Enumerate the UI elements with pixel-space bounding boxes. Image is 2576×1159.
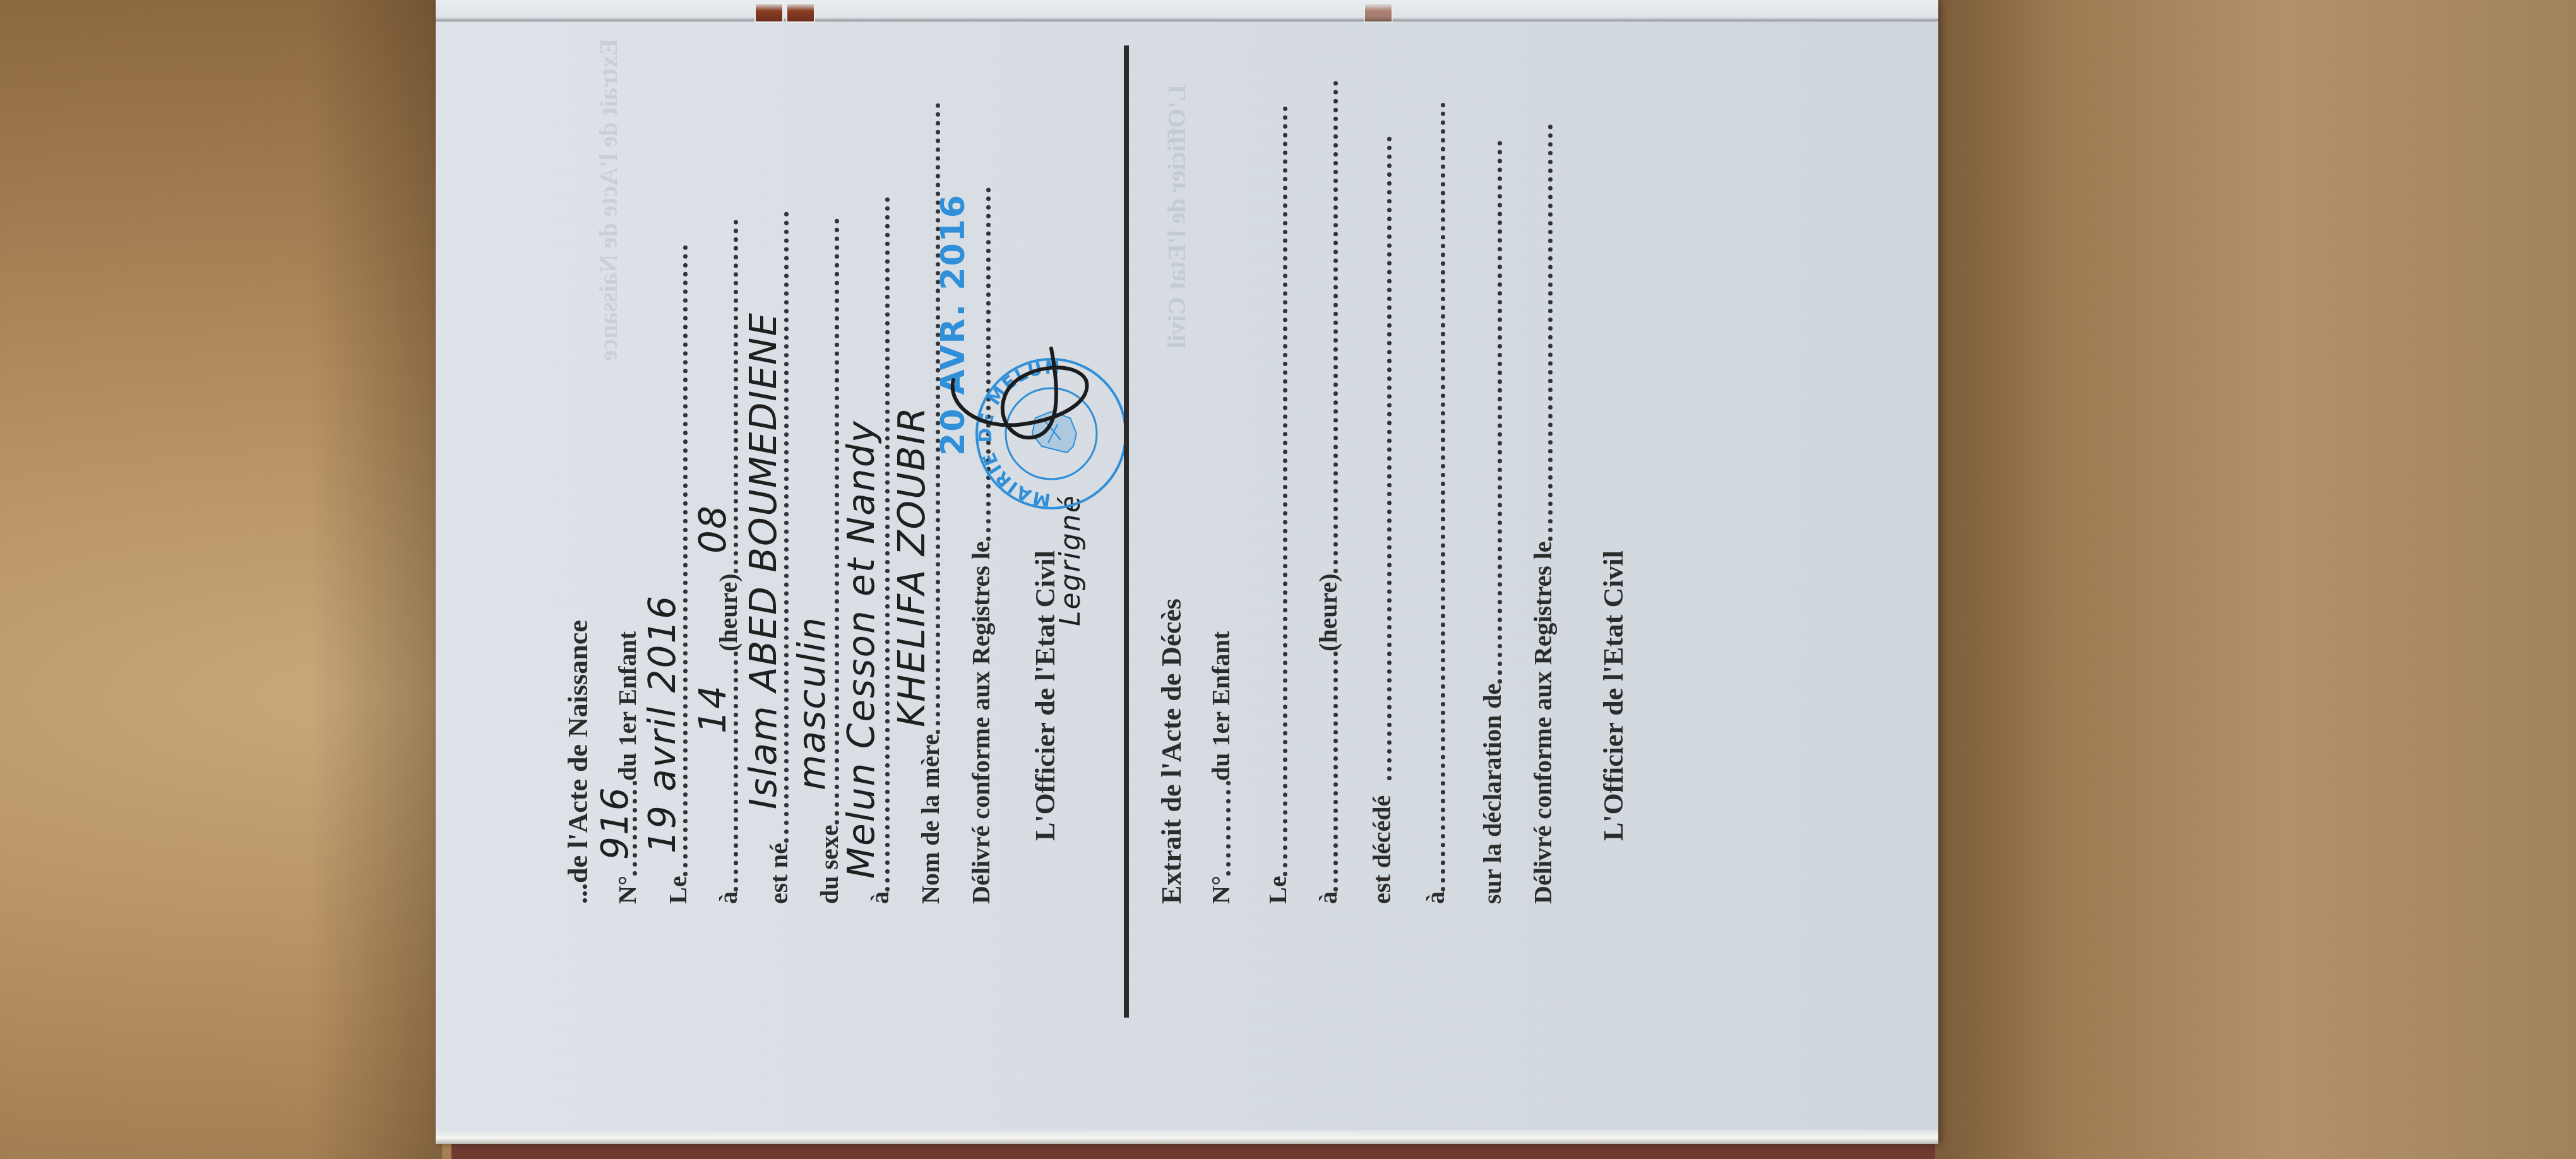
page-content-rotated: Extrait de l'Acte de Naissance L'Officie…: [436, 0, 1938, 1144]
date-label: Le: [1263, 876, 1292, 904]
dotted-fill: [1493, 141, 1502, 684]
child-label: du 1er Enfant: [1206, 631, 1236, 781]
dotted-fill: [1436, 102, 1445, 891]
born-label: est né: [764, 843, 794, 904]
dotted-fill: [1221, 781, 1231, 876]
birth-number-line: N° du 1er Enfant: [612, 631, 642, 904]
place-label: à: [1421, 891, 1450, 904]
declaration-line: sur la déclaration de: [1477, 141, 1507, 904]
child-label: du 1er Enfant: [612, 631, 642, 781]
death-extract-title: Extrait de l'Acte de Décès: [1155, 598, 1188, 904]
bleed-through-text: L'Officier de l'Etat Civil: [1162, 85, 1191, 348]
birth-number-value: 916: [593, 786, 636, 860]
deceased-label: est décédé: [1367, 795, 1397, 904]
delivered-label: Délivré conforme aux Registres le: [966, 541, 996, 904]
birth-minute-value: 08: [691, 504, 734, 554]
officer-handwritten-name: Legrigné: [1054, 494, 1087, 626]
document-page: Extrait de l'Acte de Naissance L'Officie…: [436, 0, 1938, 1144]
number-label: N°: [1206, 876, 1236, 904]
place-label: à: [865, 891, 895, 904]
date-label: Le: [663, 876, 693, 904]
death-time-line: à (heure): [1313, 81, 1343, 904]
bleed-through-text: Extrait de l'Acte de Naissance: [593, 39, 623, 361]
dotted-fill: [1382, 136, 1392, 780]
death-delivered-line: Délivré conforme aux Registres le: [1528, 124, 1558, 904]
birth-hour-value: 14: [691, 684, 734, 734]
dotted-fill: [1278, 106, 1287, 876]
birthplace-value: Melun Cesson et Nandy: [840, 420, 883, 879]
declaration-label: sur la déclaration de: [1477, 684, 1507, 904]
at-label: à: [713, 891, 743, 904]
mother-label: Nom de la mère: [915, 734, 945, 904]
death-place-line: à: [1421, 102, 1450, 904]
birth-date-value: 19 avril 2016: [641, 595, 684, 853]
dotted-fill: [1543, 124, 1553, 541]
born-name-value: Islam ABED BOUMEDIENE: [742, 312, 785, 809]
death-date-line: Le: [1263, 106, 1292, 904]
at-label: à: [1313, 891, 1343, 904]
dotted-fill: [1328, 81, 1338, 573]
deceased-line: est décédé: [1367, 136, 1397, 904]
hour-label: (heure): [1313, 573, 1343, 651]
sex-value: masculin: [790, 616, 833, 790]
officer-signature: [941, 336, 1105, 475]
delivered-label: Délivré conforme aux Registres le: [1528, 541, 1558, 904]
death-officer-label: L'Officier de l'Etat Civil: [1597, 550, 1630, 841]
hour-label: (heure): [713, 573, 743, 651]
dotted-fill: [1328, 651, 1338, 891]
death-number-line: N° du 1er Enfant: [1206, 631, 1236, 904]
section-divider: [1124, 45, 1129, 1018]
fabric-background: [0, 0, 442, 1159]
birth-time-line: à (heure): [713, 220, 743, 904]
number-label: N°: [612, 876, 642, 904]
birth-extract-title: ...de l'Acte de Naissance: [562, 620, 594, 904]
mother-name-value: KHELIFA ZOUBIR: [890, 406, 933, 727]
fabric-background-right: [1932, 0, 2576, 1159]
